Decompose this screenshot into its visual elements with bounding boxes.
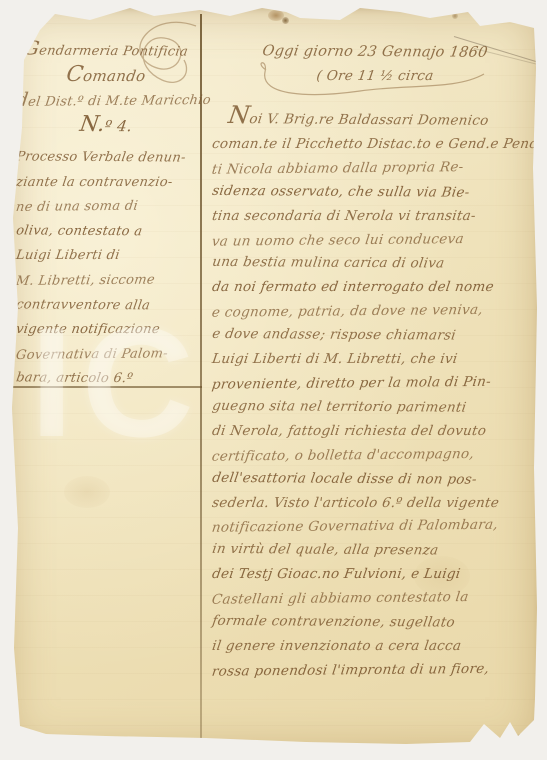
manuscript-line: sederla. Visto l'articolo 6.º della vige… [210,492,539,516]
manuscript-line: contravventore alla [14,293,197,319]
manuscript-line: coman.te il Picchetto Distac.to e Gend.e… [210,133,539,157]
report-body: Noi V. Brig.re Baldassari Domenico coman… [212,104,538,683]
manuscript-line: bara, articolo 6.º [14,367,197,393]
manuscript-line: ti Nicola abbiamo dalla propria Re- [210,155,540,182]
manuscript-line: e cognome, patria, da dove ne veniva, [210,299,540,326]
ink-stain [282,17,289,24]
manuscript-line: certificato, o bolletta d'accompagno, [210,442,540,469]
manuscript-line: il genere invenzionato a cera lacca [210,635,539,659]
district-line: del Dist.º di M.te Maricchio [14,87,198,114]
manuscript-line: vigente notificazione [14,318,197,343]
manuscript-line: Processo Verbale denun- [14,145,197,171]
ink-stain [268,10,284,21]
manuscript-line: proveniente, diretto per la mola di Pin- [210,370,540,397]
manuscript-line: una bestia mulina carica di oliva [210,251,539,277]
manuscript-line: Governativa di Palom- [14,342,197,368]
manuscript-line: dell'esattoria locale disse di non pos- [210,466,539,492]
manuscript-line: in virtù del quale, alla presenza [210,538,539,564]
manuscript-line: M. Libretti, siccome [14,268,197,294]
margin-column: Gendarmeria Pontificia Comando del Dist.… [16,38,196,392]
office-subtitle: Comando [14,63,198,88]
manuscript-line: Castellani gli abbiamo contestato la [210,585,540,612]
office-title: Gendarmeria Pontificia [14,37,198,63]
ink-stain [518,734,528,740]
manuscript-line: da noi fermato ed interrogato del nome [210,276,539,300]
manuscript-line: e dove andasse; rispose chiamarsi [210,323,539,349]
manuscript-line: rossa ponendosi l'impronta di un fiore, [210,657,540,684]
manuscript-line: dei Testj Gioac.no Fulvioni, e Luigi [210,563,539,587]
manuscript-line: notificazione Governativa di Palombara, [210,514,540,541]
manuscript-line: ziante la contravenzio- [14,171,197,196]
ink-stain [452,13,458,19]
protocol-number: N.º 4. [14,112,198,138]
photo-backdrop: Gendarmeria Pontificia Comando del Dist.… [0,0,547,760]
manuscript-line: Luigi Liberti di [14,244,197,269]
manuscript-line: di Nerola, fattogli richiesta del dovuto [210,420,539,444]
time-line: ( Ore 11 ½ circa [210,65,539,88]
manuscript-line: ne di una soma di [14,194,197,220]
manuscript-line: Luigi Liberti di M. Libretti, che ivi [210,348,539,372]
manuscript-line: oliva, contestato a [14,219,197,245]
date-line: Oggi giorno 23 Gennajo 1860 [210,39,539,66]
manuscript-page: Gendarmeria Pontificia Comando del Dist.… [6,8,540,752]
margin-rule-vertical [200,14,202,744]
manuscript-line: formale contravenzione, sugellato [210,610,539,636]
main-text-column: Oggi giorno 23 Gennajo 1860 ( Ore 11 ½ c… [212,40,538,683]
manuscript-line: tina secondaria di Nerola vi transita- [210,205,539,229]
manuscript-line: va un uomo che seco lui conduceva [210,227,540,254]
manuscript-line: Noi V. Brig.re Baldassari Domenico [210,103,540,134]
margin-annotation: Processo Verbale denun- ziante la contra… [16,146,196,392]
manuscript-line: guegno sita nel territorio parimenti [210,395,539,421]
manuscript-line: sidenza osservato, che sulla via Bie- [210,180,539,206]
foxing-spot [64,476,110,508]
